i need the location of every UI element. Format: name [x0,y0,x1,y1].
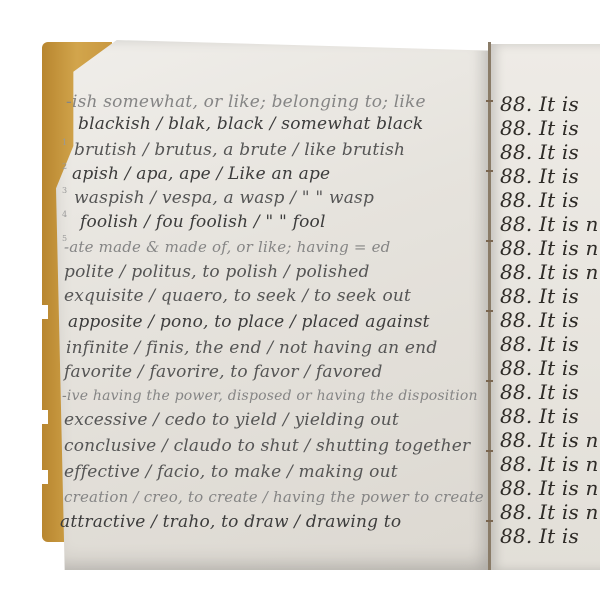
handwritten-line: exquisite / quaero, to seek / to seek ou… [64,286,411,306]
penmanship-line: 88. It is n [500,452,599,476]
stitch-mark [486,450,493,452]
handwritten-line: -ate made & made of, or like; having = e… [64,238,391,256]
handwritten-line: apish / apa, ape / Like an ape [72,164,330,184]
handwritten-line: waspish / vespa, a wasp / " " wasp [74,188,374,208]
penmanship-line: 88. It is n [500,260,599,284]
penmanship-line: 88. It is [500,188,579,212]
stitch-mark [486,240,493,242]
stitch-mark [486,310,493,312]
margin-number: 5 [62,234,67,243]
stitch-mark [486,520,493,522]
handwritten-line: apposite / pono, to place / placed again… [68,312,430,332]
handwritten-line: polite / politus, to polish / polished [64,262,370,282]
penmanship-line: 88. It is [500,116,579,140]
handwritten-line: blackish / blak, black / somewhat black [78,114,423,134]
stitch-mark [486,100,493,102]
penmanship-line: 88. It is [500,92,579,116]
penmanship-line: 88. It is [500,284,579,308]
penmanship-line: 88. It is [500,524,579,548]
handwritten-line: creation / creo, to create / having the … [64,488,484,506]
margin-number: 3 [62,186,67,195]
penmanship-line: 88. It is n [500,500,599,524]
penmanship-line: 88. It is n [500,476,599,500]
penmanship-line: 88. It is [500,308,579,332]
penmanship-line: 88. It is n [500,212,599,236]
cover-notch [38,410,48,424]
penmanship-line: 88. It is [500,380,579,404]
handwritten-line: foolish / fou foolish / " " fool [80,212,326,232]
penmanship-line: 88. It is [500,332,579,356]
stitch-mark [486,380,493,382]
margin-number: 2 [62,162,67,171]
handwritten-line: brutish / brutus, a brute / like brutish [74,140,405,160]
penmanship-line: 88. It is n [500,428,599,452]
penmanship-line: 88. It is [500,356,579,380]
handwritten-line: -ive having the power, disposed or havin… [62,388,478,404]
handwritten-line: favorite / favorire, to favor / favored [64,362,383,382]
handwritten-line: effective / facio, to make / making out [64,462,398,482]
notebook-spine [488,42,491,570]
cover-notch [38,470,48,484]
handwritten-line: -ish somewhat, or like; belonging to; li… [66,92,426,112]
handwritten-line: conclusive / claudo to shut / shutting t… [64,436,470,456]
penmanship-line: 88. It is [500,140,579,164]
cover-notch [38,305,48,319]
handwritten-line: attractive / traho, to draw / drawing to [60,512,401,532]
penmanship-line: 88. It is [500,404,579,428]
handwritten-line: infinite / finis, the end / not having a… [66,338,437,358]
penmanship-line: 88. It is n [500,236,599,260]
margin-number: 4 [62,210,67,219]
handwritten-line: excessive / cedo to yield / yielding out [64,410,399,430]
penmanship-line: 88. It is [500,164,579,188]
stitch-mark [486,170,493,172]
margin-number: 1 [62,138,67,147]
